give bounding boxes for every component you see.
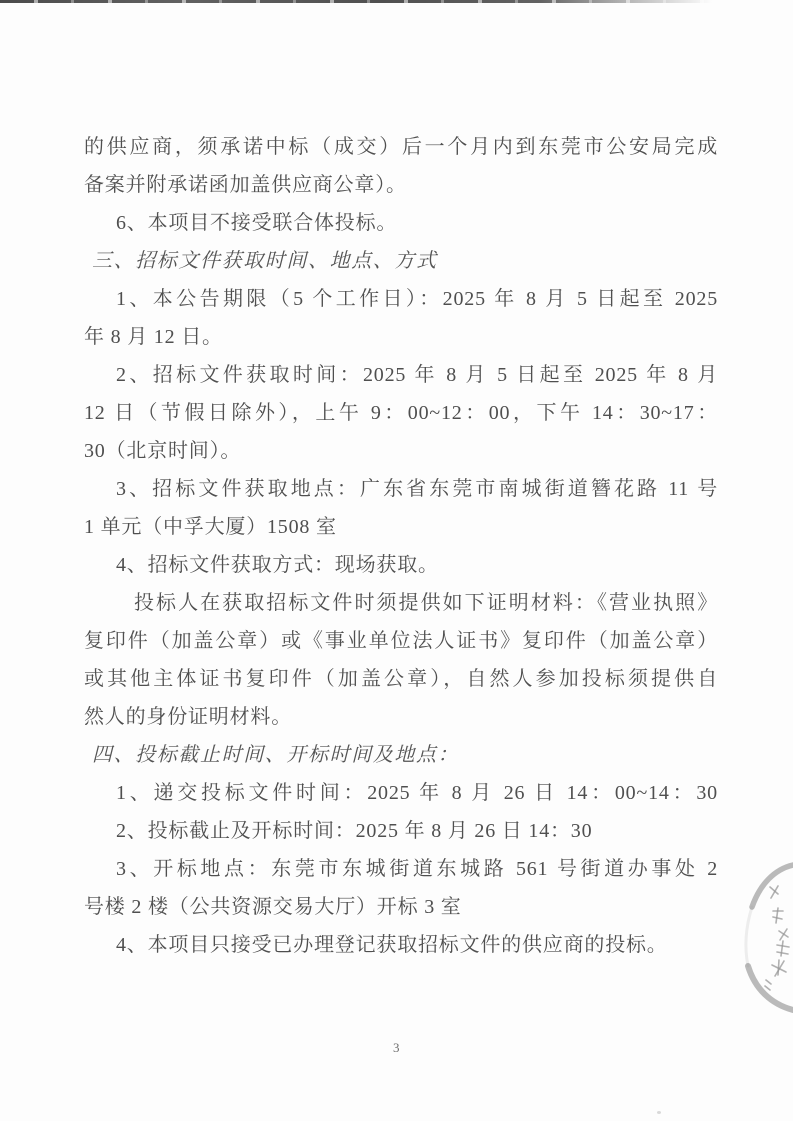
document-line: 3、开标地点：东莞市东城街道东城路 561 号街道办事处 2	[84, 850, 718, 888]
document-line: 复印件（加盖公章）或《事业单位法人证书》复印件（加盖公章）	[84, 622, 718, 660]
document-line: 4、本项目只接受已办理登记获取招标文件的供应商的投标。	[84, 926, 718, 964]
partial-seal-stamp-icon	[731, 853, 793, 1028]
document-line: 2、投标截止及开标时间：2025 年 8 月 26 日 14：30	[84, 812, 718, 850]
document-page: 的供应商，须承诺中标（成交）后一个月内到东莞市公安局完成 备案并附承诺函加盖供应…	[0, 0, 793, 1121]
document-line: 1、递交投标文件时间：2025 年 8 月 26 日 14：00~14：30	[84, 774, 718, 812]
section-heading-4: 四、投标截止时间、开标时间及地点：	[84, 736, 718, 774]
document-line: 6、本项目不接受联合体投标。	[84, 204, 718, 242]
document-body: 的供应商，须承诺中标（成交）后一个月内到东莞市公安局完成 备案并附承诺函加盖供应…	[84, 128, 718, 964]
document-line: 4、招标文件获取方式：现场获取。	[84, 546, 718, 584]
page-number: 3	[0, 1040, 793, 1056]
document-line: 1、本公告期限（5 个工作日）：2025 年 8 月 5 日起至 2025	[84, 280, 718, 318]
document-line: 30（北京时间）。	[84, 432, 718, 470]
section-heading-3: 三、招标文件获取时间、地点、方式	[84, 242, 718, 280]
document-line: 2、招标文件获取时间：2025 年 8 月 5 日起至 2025 年 8 月	[84, 356, 718, 394]
document-line: 1 单元（中孚大厦）1508 室	[84, 508, 718, 546]
document-line: 投标人在获取招标文件时须提供如下证明材料：《营业执照》	[84, 584, 718, 622]
document-line: 或其他主体证书复印件（加盖公章），自然人参加投标须提供自	[84, 660, 718, 698]
scanner-edge-artifact	[0, 0, 712, 3]
document-line: 12 日（节假日除外），上午 9：00~12：00，下午 14：30~17：	[84, 394, 718, 432]
document-line: 号楼 2 楼（公共资源交易大厅）开标 3 室	[84, 888, 718, 926]
document-line: 备案并附承诺函加盖供应商公章）。	[84, 166, 718, 204]
scan-speck	[657, 1111, 661, 1114]
document-line: 然人的身份证明材料。	[84, 698, 718, 736]
document-line: 年 8 月 12 日。	[84, 318, 718, 356]
document-line: 3、招标文件获取地点：广东省东莞市南城街道簪花路 11 号	[84, 470, 718, 508]
document-line: 的供应商，须承诺中标（成交）后一个月内到东莞市公安局完成	[84, 128, 718, 166]
